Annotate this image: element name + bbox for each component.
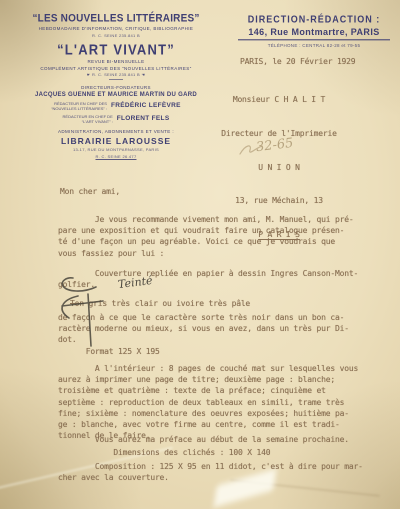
paragraph: Vous aurez ma préface au début de la sem… xyxy=(58,434,349,445)
salutation: Mon cher ami, xyxy=(60,186,120,197)
admin-label: ADMINISTRATION, ABONNEMENTS ET VENTE : xyxy=(28,129,204,134)
cross-horizontal-stroke xyxy=(62,301,103,306)
paragraph: Dimensions des clichés : 100 X 140 xyxy=(58,447,270,458)
direction-phone: TÉLÉPHONE : CENTRAL 82-28 et 79-55 xyxy=(238,43,390,48)
admin-registry: R. C. SEINE 26.477 xyxy=(28,154,204,159)
letter-scan-page: “LES NOUVELLES LITTÉRAIRES” HEBDOMADAIRE… xyxy=(0,0,400,509)
recipient-address: 13, rue Méchain, 13 xyxy=(213,195,345,206)
paragraph: Composition : 125 X 95 en 11 didot, c'es… xyxy=(58,461,363,483)
founders-label: DIRECTEURS-FONDATEURS xyxy=(28,85,204,90)
direction-block: DIRECTION-RÉDACTION : 146, Rue Montmartr… xyxy=(238,14,390,48)
recipient-name: Monsieur C H A L I T xyxy=(213,94,345,105)
direction-address: 146, Rue Montmartre, PARIS xyxy=(238,27,390,41)
av-complement: COMPLÉMENT ARTISTIQUE DES “NOUVELLES LIT… xyxy=(28,66,204,71)
pencil-scribble xyxy=(238,140,264,158)
direction-title: DIRECTION-RÉDACTION : xyxy=(238,14,390,25)
insertion-swash xyxy=(62,278,96,291)
recipient-company: U N I O N xyxy=(213,162,345,173)
nouvelles-litteraires-title: “LES NOUVELLES LITTÉRAIRES” xyxy=(28,12,204,24)
letterhead-left: “LES NOUVELLES LITTÉRAIRES” HEBDOMADAIRE… xyxy=(28,13,204,159)
editor1-name: FRÉDÉRIC LEFÈVRE xyxy=(111,102,181,109)
handwritten-marks xyxy=(55,266,175,356)
av-registry: ☛ R. C. SEINE 235.841 B ☚ xyxy=(28,72,204,77)
admin-address: 13-17, RUE DU MONTPARNASSE, PARIS xyxy=(28,147,204,152)
nl-subtitle: HEBDOMADAIRE D'INFORMATION, CRITIQUE, BI… xyxy=(28,26,204,31)
editor1-label: RÉDACTEUR EN CHEF DES “NOUVELLES LITTÉRA… xyxy=(51,101,107,111)
nl-registry: R. C. SEINE 235.841 B xyxy=(28,33,204,38)
dateline: PARIS, le 20 Février 1929 xyxy=(240,56,355,67)
art-vivant-title: “L'ART VIVANT” xyxy=(28,41,204,58)
editor2-label: RÉDACTEUR EN CHEF DE “L'ART VIVANT” : xyxy=(63,114,113,124)
paragraph: Je vous recommande vivement mon ami, M. … xyxy=(58,214,353,259)
editor2-name: FLORENT FELS xyxy=(117,115,170,122)
av-subtitle: REVUE BI-MENSUELLE xyxy=(28,59,204,64)
paragraph: A l'intérieur : 8 pages de couché mat su… xyxy=(58,363,358,441)
editor-row-1: RÉDACTEUR EN CHEF DES “NOUVELLES LITTÉRA… xyxy=(28,101,204,111)
divider xyxy=(109,79,123,80)
margin-paren-mark xyxy=(62,296,78,318)
admin-name: LIBRAIRIE LAROUSSE xyxy=(28,136,204,146)
editor-row-2: RÉDACTEUR EN CHEF DE “L'ART VIVANT” : FL… xyxy=(28,114,204,124)
founders-names: JACQUES GUENNE ET MAURICE MARTIN DU GARD xyxy=(28,92,204,98)
